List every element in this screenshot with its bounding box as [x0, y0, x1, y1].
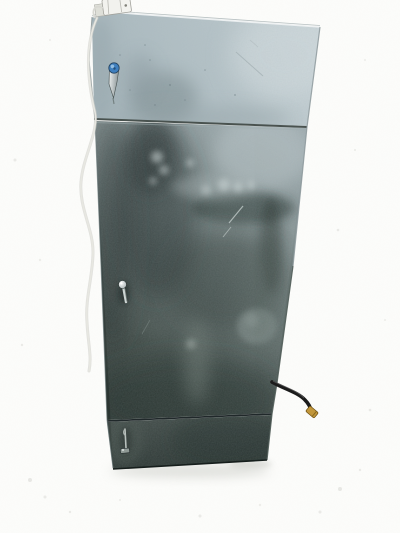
cabinet-photo: [0, 0, 400, 533]
bottom-latch-pin: [125, 429, 126, 448]
photo-canvas: [0, 0, 400, 533]
bottom-latch: [120, 426, 132, 454]
latch-knob: [119, 281, 127, 289]
top-panel: [85, 10, 340, 135]
bottom-latch-base: [120, 448, 129, 453]
